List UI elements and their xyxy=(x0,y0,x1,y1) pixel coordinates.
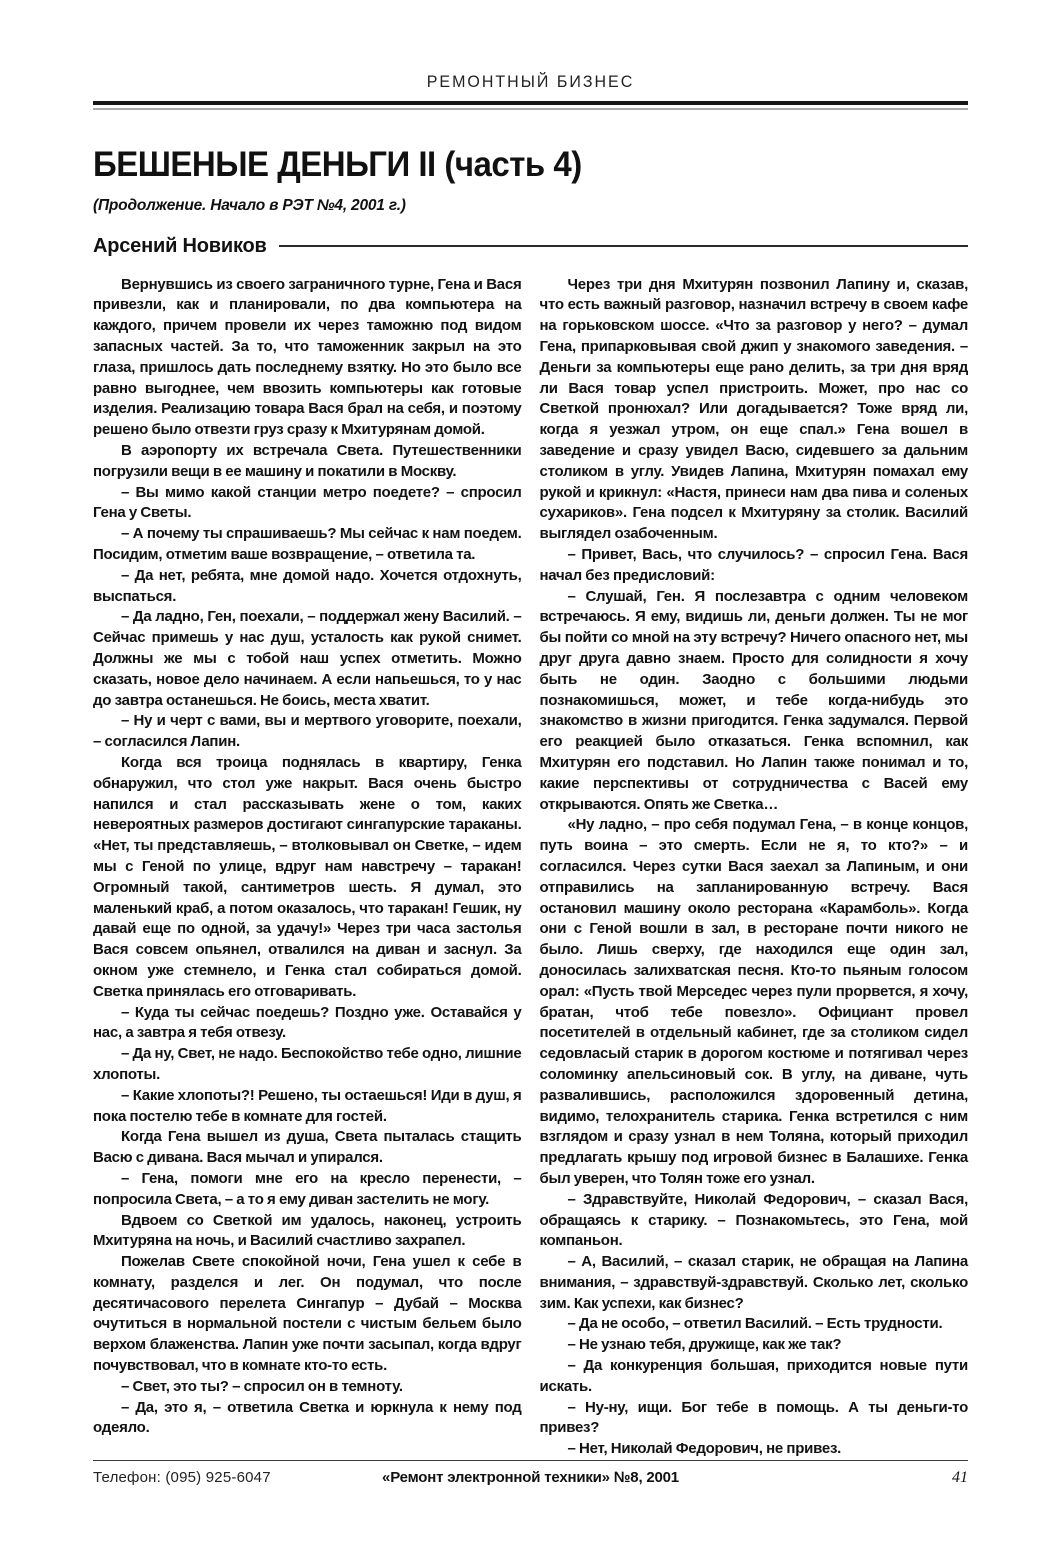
paragraph: «Ну ладно, – про себя подумал Гена, – в … xyxy=(540,815,969,1189)
paragraph: – Слушай, Ген. Я послезавтра с одним чел… xyxy=(540,587,969,816)
footer-rule xyxy=(93,1460,968,1461)
paragraph: – Да, это я, – ответила Светка и юркнула… xyxy=(93,1398,522,1440)
paragraph: – Не узнаю тебя, дружище, как же так? xyxy=(540,1335,969,1356)
paragraph: Когда Гена вышел из душа, Света пыталась… xyxy=(93,1127,522,1169)
paragraph: – Куда ты сейчас поедешь? Поздно уже. Ос… xyxy=(93,1003,522,1045)
author-rule xyxy=(279,245,968,247)
paragraph: – Свет, это ты? – спросил он в темноту. xyxy=(93,1377,522,1398)
footer-phone: Телефон: (095) 925-6047 xyxy=(93,1469,358,1486)
paragraph: – Привет, Вась, что случилось? – спросил… xyxy=(540,545,969,587)
article-title: БЕШЕНЫЕ ДЕНЬГИ II (часть 4) xyxy=(93,146,968,183)
paragraph: – Нет, Николай Федорович, не привез. xyxy=(540,1439,969,1460)
paragraph: Вернувшись из своего заграничного турне,… xyxy=(93,275,522,441)
header-double-rule xyxy=(93,101,968,110)
footer-page-number: 41 xyxy=(703,1469,968,1487)
column-right: Через три дня Мхитурян позвонил Лапину и… xyxy=(540,275,969,1460)
paragraph: – Вы мимо какой станции метро поедете? –… xyxy=(93,483,522,525)
author-row: Арсений Новиков xyxy=(93,235,968,258)
page-footer: Телефон: (095) 925-6047 «Ремонт электрон… xyxy=(93,1460,968,1487)
paragraph: – Да не особо, – ответил Василий. – Есть… xyxy=(540,1314,969,1335)
paragraph: – Да нет, ребята, мне домой надо. Хочетс… xyxy=(93,566,522,608)
paragraph: Когда вся троица поднялась в квартиру, Г… xyxy=(93,753,522,1003)
author-name: Арсений Новиков xyxy=(93,235,267,258)
paragraph: В аэропорту их встречала Света. Путешест… xyxy=(93,441,522,483)
paragraph: – Да ну, Свет, не надо. Беспокойство теб… xyxy=(93,1044,522,1086)
column-left: Вернувшись из своего заграничного турне,… xyxy=(93,275,522,1460)
paragraph: – Гена, помоги мне его на кресло перенес… xyxy=(93,1169,522,1211)
paragraph: – Да ладно, Ген, поехали, – поддержал же… xyxy=(93,607,522,711)
paragraph: Через три дня Мхитурян позвонил Лапину и… xyxy=(540,275,969,545)
paragraph: – А, Василий, – сказал старик, не обраща… xyxy=(540,1252,969,1314)
running-head: РЕМОНТНЫЙ БИЗНЕС xyxy=(93,74,968,93)
magazine-page: РЕМОНТНЫЙ БИЗНЕС БЕШЕНЫЕ ДЕНЬГИ II (част… xyxy=(0,0,1059,1547)
article-subtitle: (Продолжение. Начало в РЭТ №4, 2001 г.) xyxy=(93,197,968,215)
article-body: Вернувшись из своего заграничного турне,… xyxy=(93,275,968,1460)
paragraph: Пожелав Свете спокойной ночи, Гена ушел … xyxy=(93,1252,522,1377)
paragraph: – Какие хлопоты?! Решено, ты остаешься! … xyxy=(93,1086,522,1128)
paragraph: – А почему ты спрашиваешь? Мы сейчас к н… xyxy=(93,524,522,566)
paragraph: – Ну-ну, ищи. Бог тебе в помощь. А ты де… xyxy=(540,1398,969,1440)
paragraph: – Здравствуйте, Николай Федорович, – ска… xyxy=(540,1190,969,1252)
paragraph: – Ну и черт с вами, вы и мертвого уговор… xyxy=(93,711,522,753)
paragraph: Вдвоем со Светкой им удалось, наконец, у… xyxy=(93,1211,522,1253)
footer-row: Телефон: (095) 925-6047 «Ремонт электрон… xyxy=(93,1469,968,1487)
footer-journal-title: «Ремонт электронной техники» №8, 2001 xyxy=(358,1469,703,1486)
paragraph: – Да конкуренция большая, приходится нов… xyxy=(540,1356,969,1398)
